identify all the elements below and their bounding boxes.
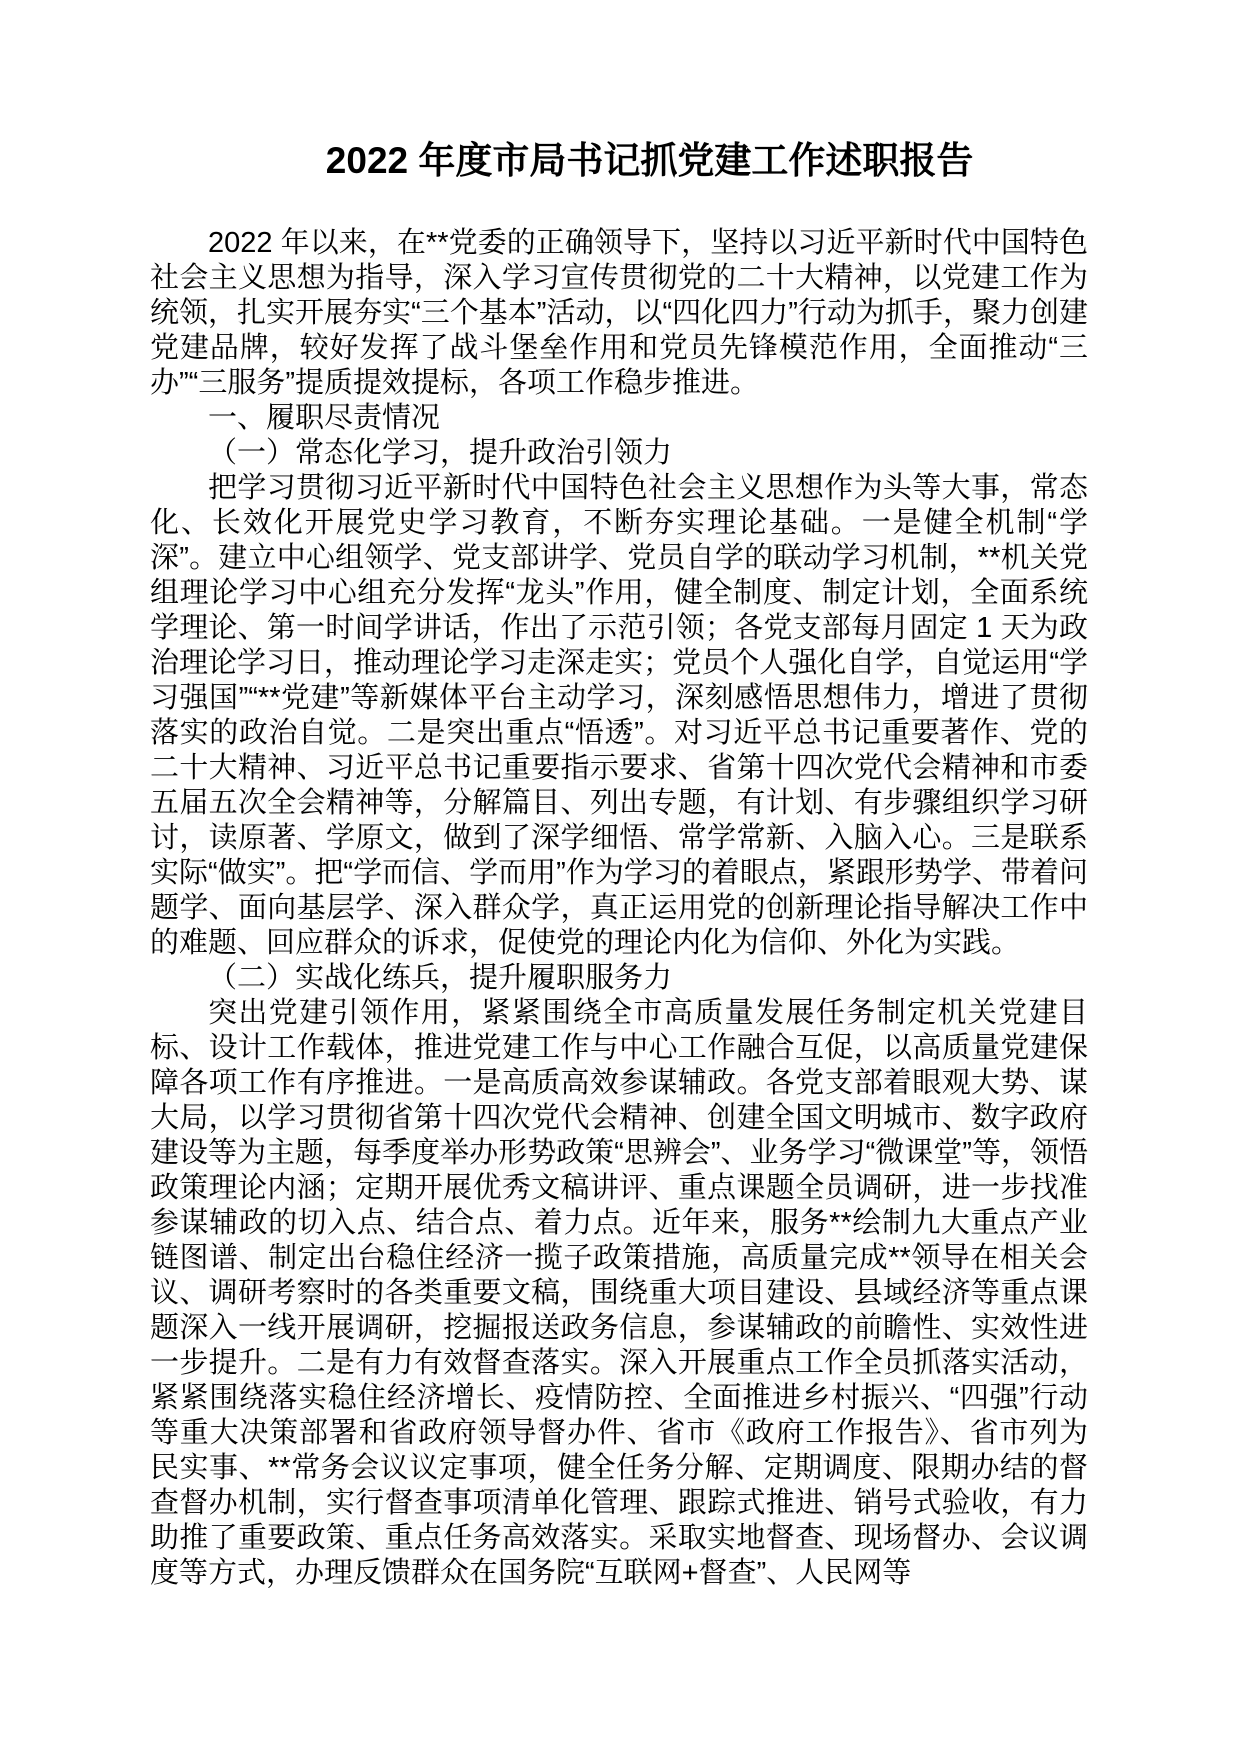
document-title: 2022 年度市局书记抓党建工作述职报告 xyxy=(0,140,1240,182)
paragraph-subsection-1-2: 突出党建引领作用，紧紧围绕全市高质量发展任务制定机关党建目标、设计工作载体，推进… xyxy=(150,996,1088,1591)
subsection-heading-1-1: （一）常态化学习，提升政治引领力 xyxy=(150,436,1088,471)
document-page: 2022 年度市局书记抓党建工作述职报告 2022 年以来，在**党委的正确领导… xyxy=(0,0,1240,1754)
section-heading-1: 一、履职尽责情况 xyxy=(150,401,1088,436)
paragraph-subsection-1-1: 把学习贯彻习近平新时代中国特色社会主义思想作为头等大事，常态化、长效化开展党史学… xyxy=(150,471,1088,961)
subsection-heading-1-2: （二）实战化练兵，提升履职服务力 xyxy=(150,961,1088,996)
document-body: 2022 年以来，在**党委的正确领导下，坚持以习近平新时代中国特色社会主义思想… xyxy=(0,226,1240,1591)
paragraph-intro: 2022 年以来，在**党委的正确领导下，坚持以习近平新时代中国特色社会主义思想… xyxy=(150,226,1088,401)
